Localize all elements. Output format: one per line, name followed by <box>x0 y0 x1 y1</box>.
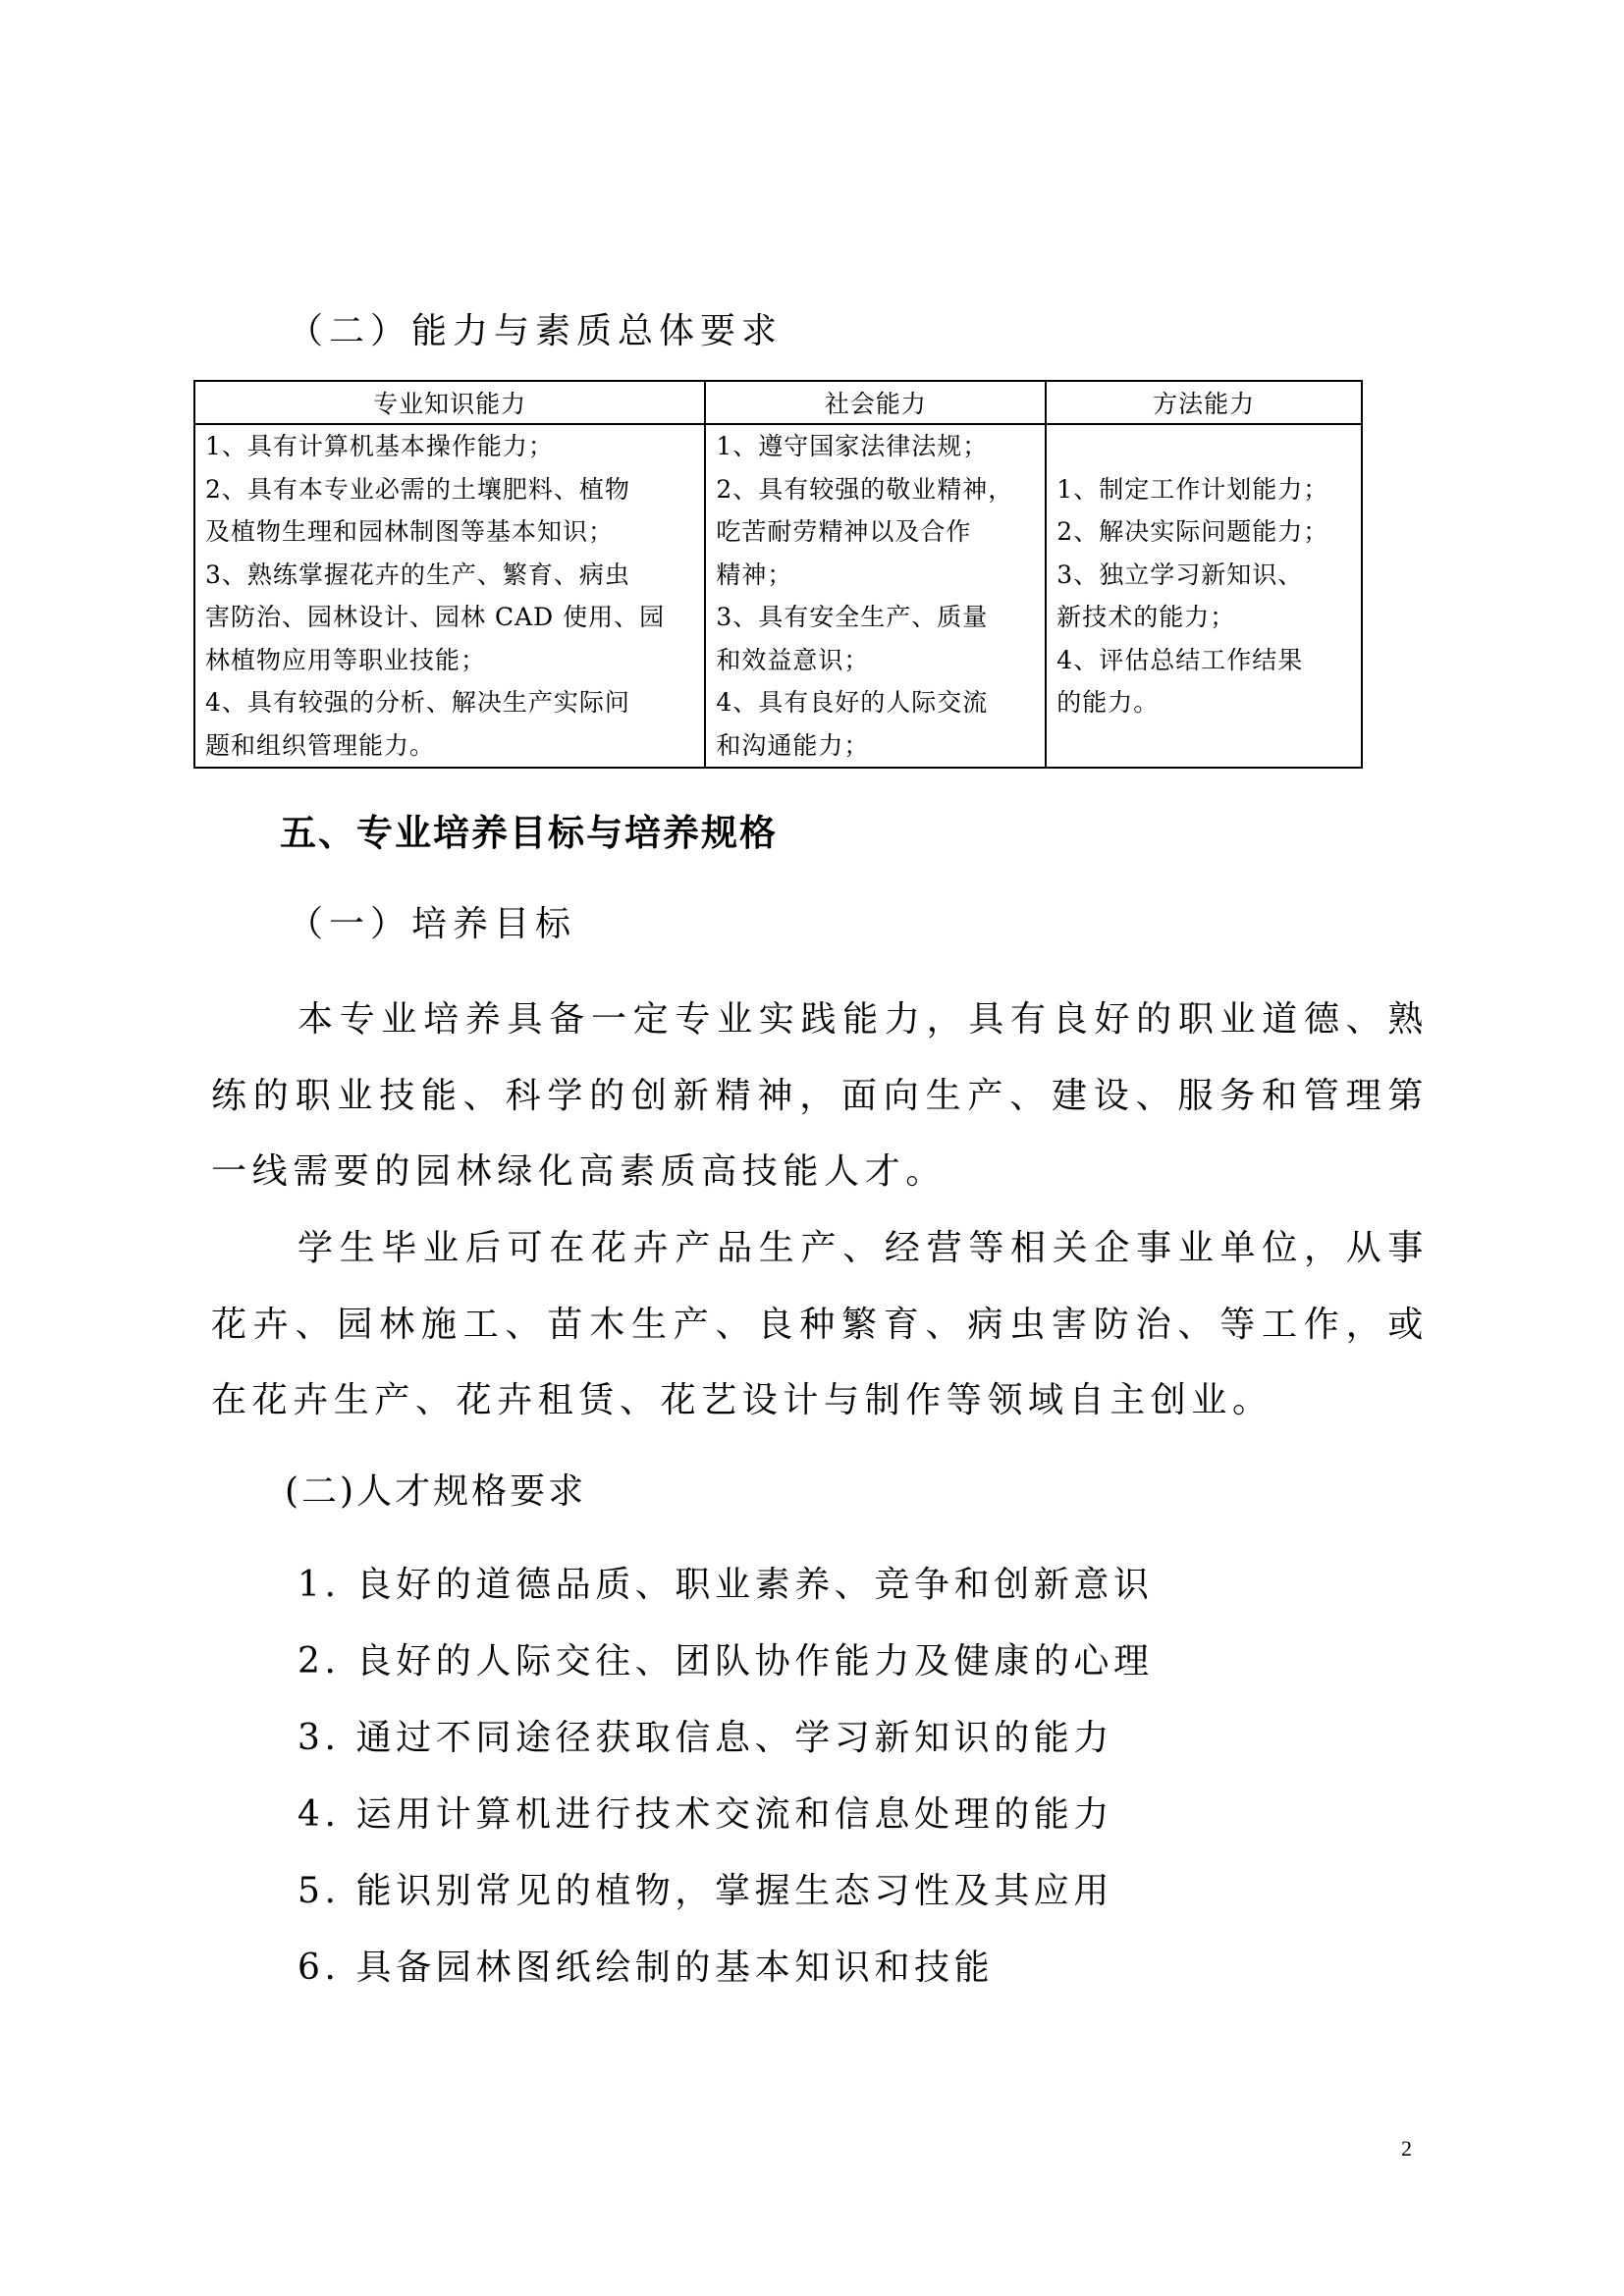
cell-line: 1、遵守国家法律法规； <box>716 425 1035 468</box>
cell-line: 和效益意识； <box>716 639 1035 682</box>
requirements-heading: (二)人才规格要求 <box>285 1472 586 1512</box>
ability-table: 专业知识能力 社会能力 方法能力 1、具有计算机基本操作能力； 2、具有本专业必… <box>193 380 1363 769</box>
requirement-item-5: 5. 能识别常见的植物，掌握生态习性及其应用 <box>298 1871 1113 1912</box>
cell-professional-knowledge: 1、具有计算机基本操作能力； 2、具有本专业必需的土壤肥料、植物 及植物生理和园… <box>194 424 705 768</box>
cell-line: 和沟通能力； <box>716 724 1035 768</box>
header-social-ability: 社会能力 <box>705 381 1046 424</box>
cell-line: 4、具有较强的分析、解决生产实际问 <box>205 681 694 724</box>
section-five-heading: 五、专业培养目标与培养规格 <box>280 813 778 854</box>
cell-line: 4、具有良好的人际交流 <box>716 681 1035 724</box>
cell-line: 3、独立学习新知识、 <box>1056 554 1351 597</box>
requirement-item-3: 3. 通过不同途径获取信息、学习新知识的能力 <box>298 1718 1113 1759</box>
table-row: 1、具有计算机基本操作能力； 2、具有本专业必需的土壤肥料、植物 及植物生理和园… <box>194 424 1362 768</box>
cell-method-ability: 1、制定工作计划能力； 2、解决实际问题能力； 3、独立学习新知识、 新技术的能… <box>1046 424 1362 768</box>
cell-line: 吃苦耐劳精神以及合作 <box>716 510 1035 554</box>
cell-line: 精神； <box>716 554 1035 597</box>
page-number: 2 <box>1401 2137 1412 2161</box>
ability-heading: （二）能力与素质总体要求 <box>288 312 783 351</box>
cell-line: 4、评估总结工作结果 <box>1056 639 1351 682</box>
cell-line: 2、具有本专业必需的土壤肥料、植物 <box>205 468 694 511</box>
requirement-item-1: 1. 良好的道德品质、职业素养、竞争和创新意识 <box>298 1565 1154 1606</box>
cell-line: 1、具有计算机基本操作能力； <box>205 425 694 468</box>
requirement-item-6: 6. 具备园林图纸绘制的基本知识和技能 <box>298 1948 994 1989</box>
cell-line: 2、解决实际问题能力； <box>1056 510 1351 554</box>
table-header-row: 专业知识能力 社会能力 方法能力 <box>194 381 1362 424</box>
cell-line: 3、熟练掌握花卉的生产、繁育、病虫 <box>205 554 694 597</box>
cell-line: 害防治、园林设计、园林 CAD 使用、园 <box>205 596 694 639</box>
cell-line: 2、具有较强的敬业精神， <box>716 468 1035 511</box>
cell-line: 及植物生理和园林制图等基本知识； <box>205 510 694 554</box>
cell-line: 新技术的能力； <box>1056 596 1351 639</box>
requirement-item-2: 2. 良好的人际交往、团队协作能力及健康的心理 <box>298 1641 1154 1682</box>
header-professional-knowledge: 专业知识能力 <box>194 381 705 424</box>
cell-line: 1、制定工作计划能力； <box>1056 468 1351 511</box>
cell-line: 林植物应用等职业技能； <box>205 639 694 682</box>
requirement-item-4: 4. 运用计算机进行技术交流和信息处理的能力 <box>298 1794 1113 1836</box>
cell-social-ability: 1、遵守国家法律法规； 2、具有较强的敬业精神， 吃苦耐劳精神以及合作 精神； … <box>705 424 1046 768</box>
goal-paragraph-1: 本专业培养具备一定专业实践能力，具有良好的职业道德、熟练的职业技能、科学的创新精… <box>211 982 1429 1210</box>
goal-heading: （一）培养目标 <box>288 905 576 944</box>
header-method-ability: 方法能力 <box>1046 381 1362 424</box>
cell-line: 3、具有安全生产、质量 <box>716 596 1035 639</box>
goal-paragraph-2: 学生毕业后可在花卉产品生产、经营等相关企事业单位，从事花卉、园林施工、苗木生产、… <box>211 1210 1429 1439</box>
cell-line: 的能力。 <box>1056 681 1351 724</box>
cell-line: 题和组织管理能力。 <box>205 724 694 768</box>
